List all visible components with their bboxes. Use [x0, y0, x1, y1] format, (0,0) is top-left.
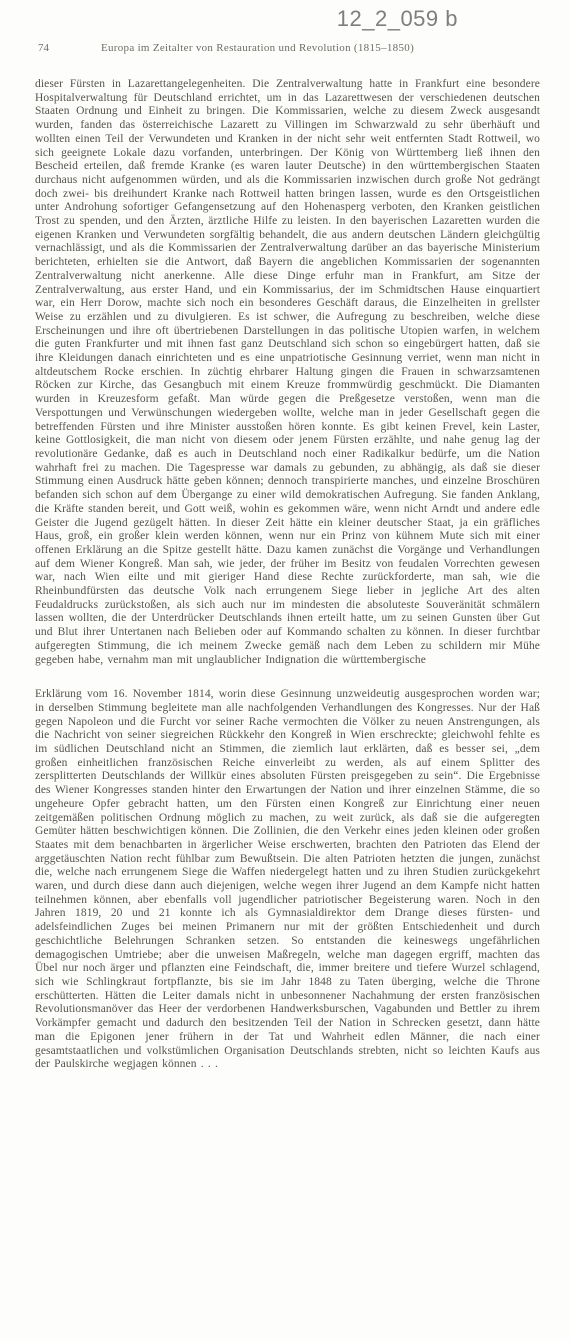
- running-head-title: Europa im Zeitalter von Restauration und…: [35, 42, 480, 54]
- page-header: 74 Europa im Zeitalter von Restauration …: [35, 42, 540, 58]
- page-body-text: dieser Fürsten in Lazarettangelegenheite…: [35, 78, 540, 1072]
- document-id-label: 12_2_059 b: [337, 6, 458, 32]
- paragraph-2: Erklärung vom 16. November 1814, worin d…: [35, 688, 540, 1072]
- scanned-book-page: 12_2_059 b 74 Europa im Zeitalter von Re…: [0, 0, 570, 1340]
- paragraph-1: dieser Fürsten in Lazarettangelegenheite…: [35, 78, 540, 667]
